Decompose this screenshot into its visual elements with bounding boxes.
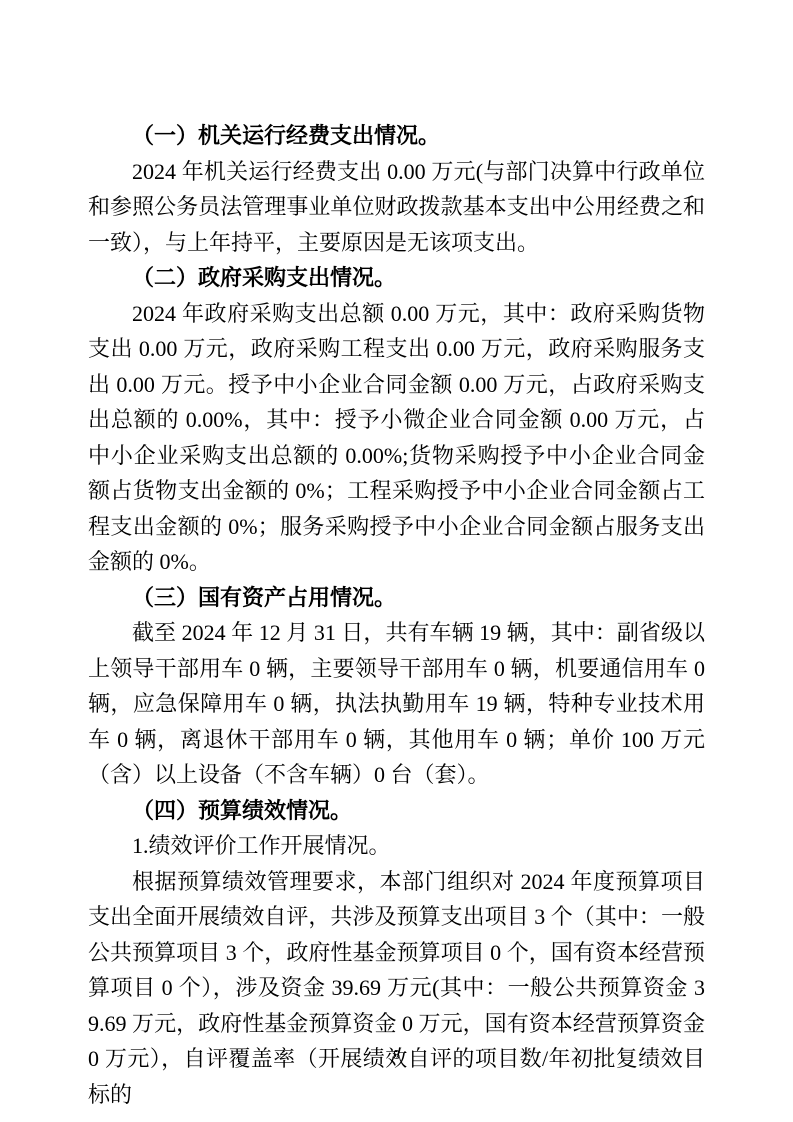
document-body: （一）机关运行经费支出情况。 2024 年机关运行经费支出 0.00 万元(与部… bbox=[88, 118, 705, 1112]
subheading-performance-evaluation: 1.绩效评价工作开展情况。 bbox=[88, 828, 705, 864]
document-page: （一）机关运行经费支出情况。 2024 年机关运行经费支出 0.00 万元(与部… bbox=[0, 0, 793, 1122]
paragraph-agency-operating-expense: 2024 年机关运行经费支出 0.00 万元(与部门决算中行政单位和参照公务员法… bbox=[88, 154, 705, 261]
paragraph-state-owned-assets: 截至 2024 年 12 月 31 日，共有车辆 19 辆，其中：副省级以上领导… bbox=[88, 615, 705, 793]
section-heading-agency-operating-expense: （一）机关运行经费支出情况。 bbox=[88, 118, 705, 154]
section-heading-budget-performance: （四）预算绩效情况。 bbox=[88, 793, 705, 829]
paragraph-budget-performance: 根据预算绩效管理要求，本部门组织对 2024 年度预算项目支出全面开展绩效自评，… bbox=[88, 864, 705, 1113]
page-number: 8 bbox=[0, 1048, 793, 1064]
section-heading-government-procurement: （二）政府采购支出情况。 bbox=[88, 260, 705, 296]
paragraph-government-procurement: 2024 年政府采购支出总额 0.00 万元，其中：政府采购货物支出 0.00 … bbox=[88, 296, 705, 580]
section-heading-state-owned-assets: （三）国有资产占用情况。 bbox=[88, 580, 705, 616]
